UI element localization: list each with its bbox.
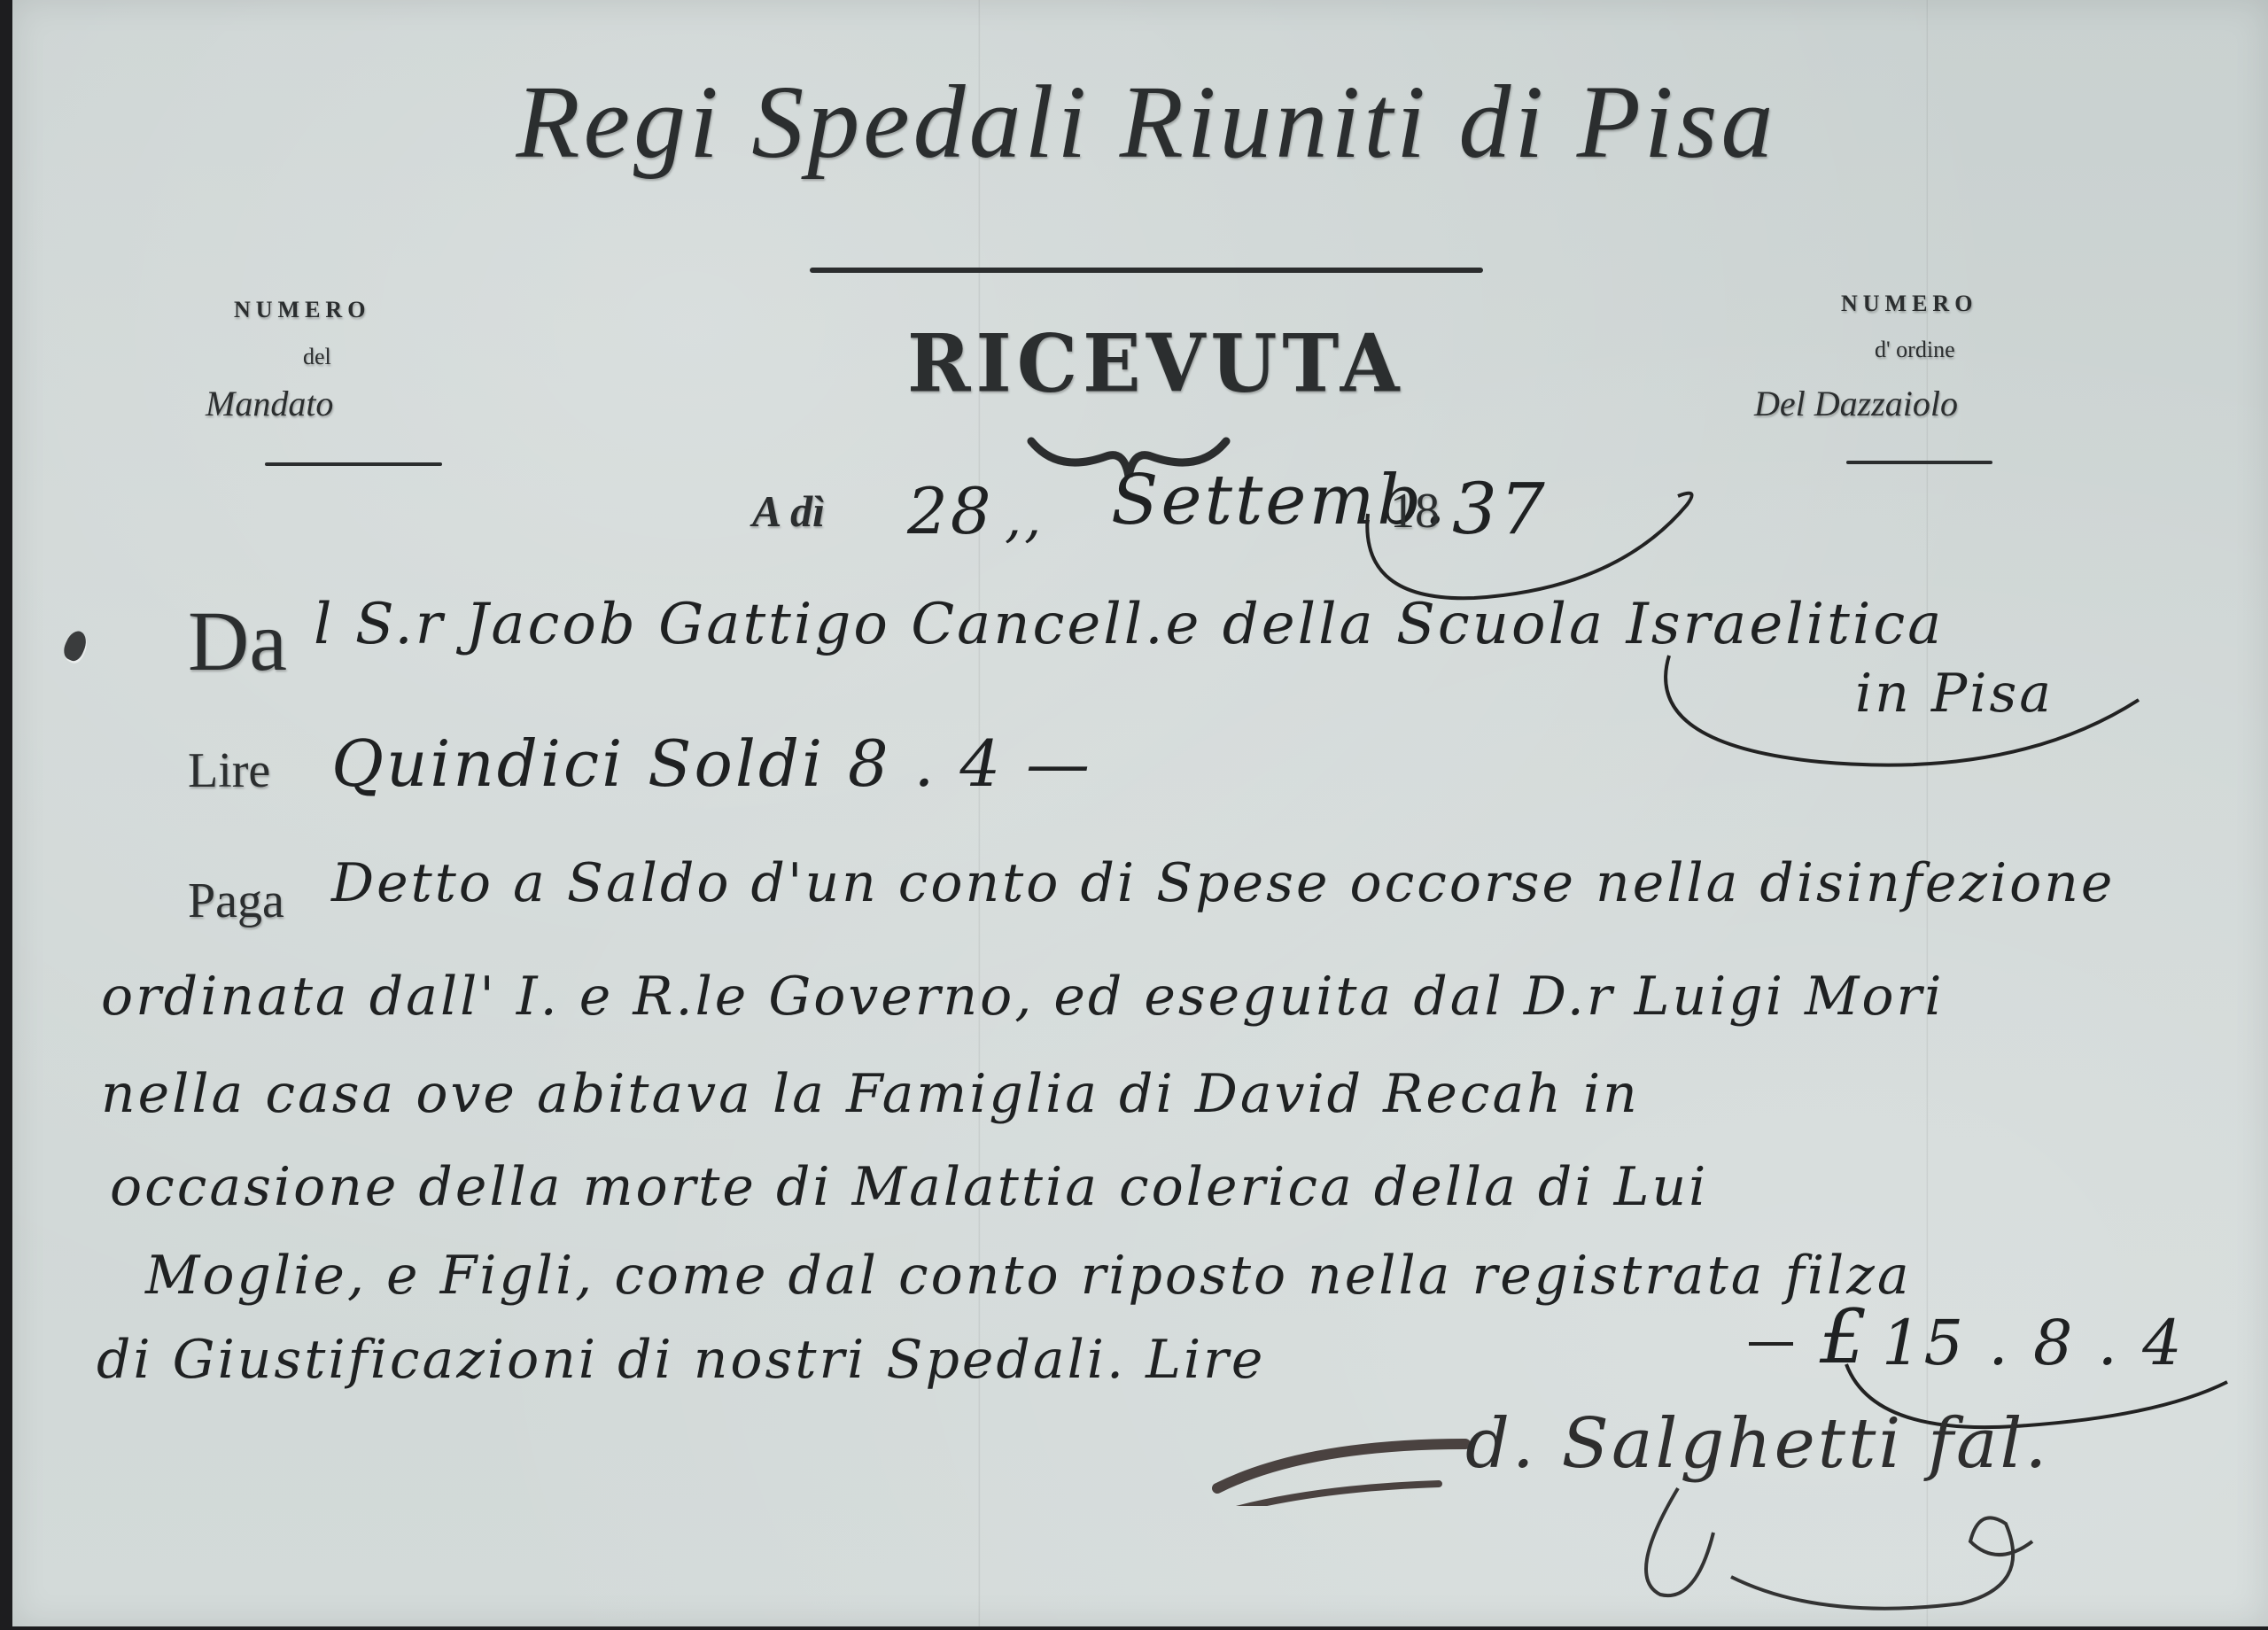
receipt-paper: Regi Spedali Riuniti di Pisa NUMERO del … bbox=[12, 0, 2268, 1626]
paga-label: Paga bbox=[188, 873, 284, 929]
da-label: Da bbox=[188, 592, 287, 690]
left-box-numero: NUMERO bbox=[234, 297, 370, 323]
punch-hole bbox=[60, 628, 90, 664]
right-box-numero: NUMERO bbox=[1841, 291, 1977, 317]
institution-title: Regi Spedali Riuniti di Pisa bbox=[429, 62, 1864, 182]
lire-label: Lire bbox=[188, 742, 270, 799]
body-line: nella casa ove abitava la Famiglia di Da… bbox=[101, 1063, 1640, 1125]
da-flourish-icon bbox=[1643, 638, 2174, 788]
date-label: A dì bbox=[752, 485, 825, 537]
header-rule bbox=[810, 268, 1483, 273]
left-box-rule bbox=[265, 462, 442, 466]
lire-value: Quindici Soldi 8 . 4 — bbox=[331, 726, 1092, 801]
body-line: Moglie, e Figli, come dal conto riposto … bbox=[145, 1245, 1912, 1307]
left-box-del: del bbox=[303, 344, 331, 370]
body-line: occasione della morte di Malattia coleri… bbox=[110, 1156, 1708, 1218]
body-line: ordinata dall' I. e R.le Governo, ed ese… bbox=[101, 966, 1944, 1028]
right-box-dordine: d' ordine bbox=[1875, 337, 1955, 363]
signature-flourish-icon bbox=[1589, 1471, 2050, 1630]
amount-dash bbox=[1749, 1342, 1793, 1346]
date-day: 28 bbox=[907, 474, 994, 548]
right-box-rule bbox=[1846, 461, 1992, 464]
form-name: RICEVUTA bbox=[907, 316, 1404, 410]
body-line: di Giustificazioni di nostri Spedali. Li… bbox=[97, 1329, 1265, 1391]
right-box-dazzaiolo: Del Dazzaiolo bbox=[1754, 383, 1958, 424]
left-box-mandato: Mandato bbox=[206, 383, 333, 424]
body-line: Detto a Saldo d'un conto di Spese occors… bbox=[331, 852, 2115, 914]
